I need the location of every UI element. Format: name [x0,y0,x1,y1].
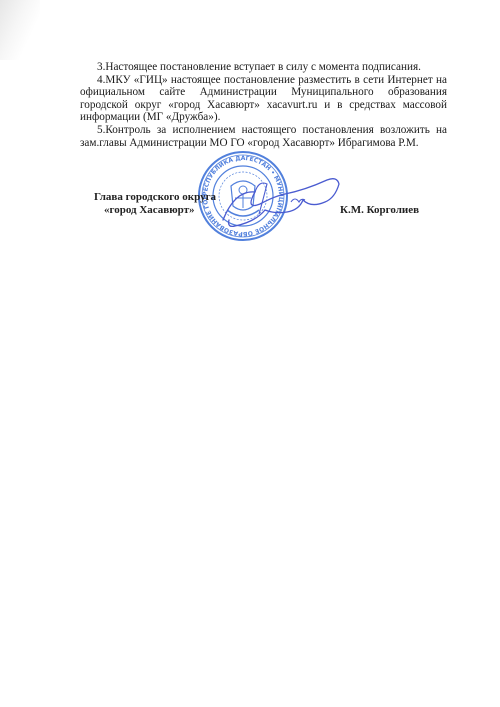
official-seal-icon: РЕСПУБЛИКА ДАГЕСТАН • МУНИЦИПАЛЬНОЕ ОБРА… [197,150,289,242]
scan-corner-shadow [0,0,40,60]
svg-text:РЕСПУБЛИКА ДАГЕСТАН • МУНИЦИПА: РЕСПУБЛИКА ДАГЕСТАН • МУНИЦИПАЛЬНОЕ ОБРА… [197,150,284,237]
paragraph-4: 4.МКУ «ГИЦ» настоящее постановление разм… [80,74,447,124]
signatory-title-line-1: Глава городского округа [94,191,216,203]
document-body: 3.Настоящее постановление вступает в сил… [80,61,447,149]
signatory-name: К.М. Корголиев [340,204,419,216]
paragraph-3: 3.Настоящее постановление вступает в сил… [80,61,447,74]
signatory-title: Глава городского округа «город Хасавюрт» [94,191,216,217]
handwritten-signature [215,170,345,230]
signatory-title-line-2: «город Хасавюрт» [94,204,216,217]
paragraph-5: 5.Контроль за исполнением настоящего пос… [80,124,447,149]
